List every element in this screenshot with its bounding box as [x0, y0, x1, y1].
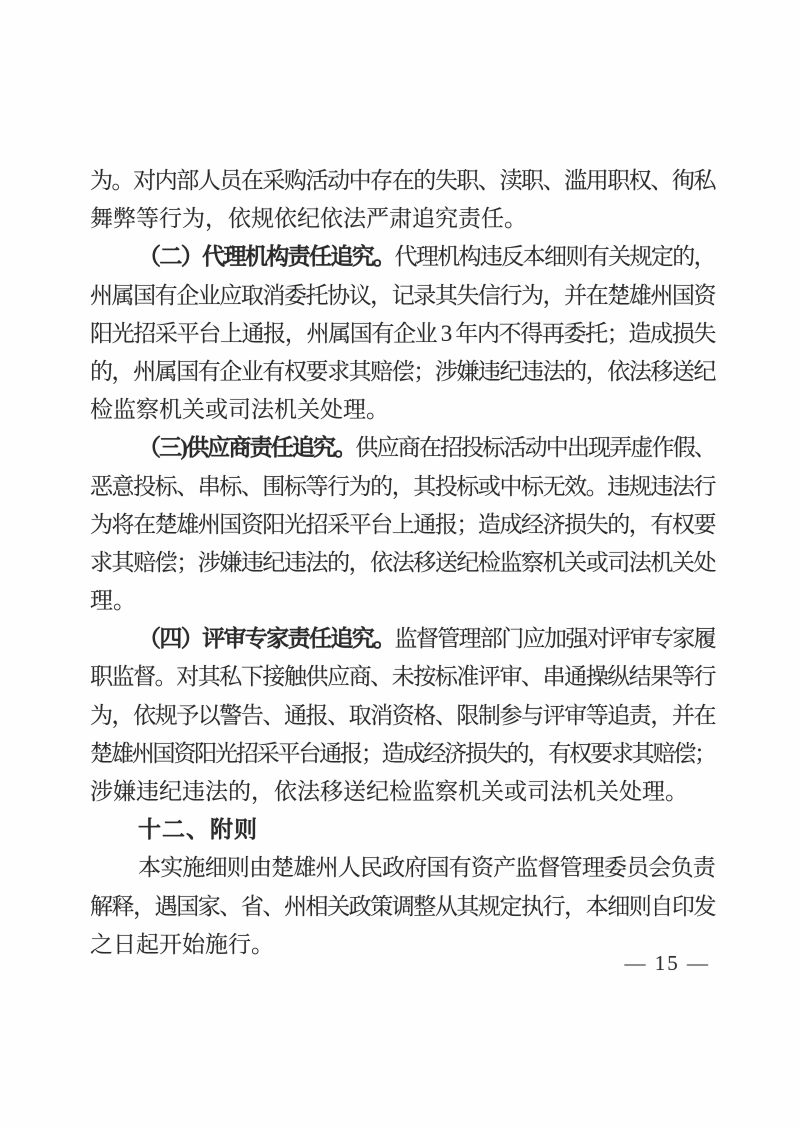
text-line: 之日起开始施行。 [90, 926, 715, 964]
text-line: 本实施细则由楚雄州人民政府国有资产监督管理委员会负责 [90, 849, 715, 887]
text-line: （四）评审专家责任追究。监督管理部门应加强对评审专家履 [90, 620, 715, 658]
text-line: 为，依规予以警告、通报、取消资格、限制参与评审等追责，并在 [90, 697, 715, 735]
text-line: 解释，遇国家、省、州相关政策调整从其规定执行，本细则自印发 [90, 888, 715, 926]
text-line: （二）代理机构责任追究。代理机构违反本细则有关规定的， [90, 238, 715, 276]
text-line: 为。对内部人员在采购活动中存在的失职、渎职、滥用职权、徇私 [90, 162, 715, 200]
text-line: 为将在楚雄州国资阳光招采平台上通报；造成经济损失的，有权要 [90, 506, 715, 544]
text-line: 舞弊等行为，依规依纪依法严肃追究责任。 [90, 200, 715, 238]
text-line: 楚雄州国资阳光招采平台通报；造成经济损失的，有权要求其赔偿； [90, 735, 715, 773]
text-line: 职监督。对其私下接触供应商、未按标准评审、串通操纵结果等行 [90, 658, 715, 696]
text-line: 阳光招采平台上通报，州属国有企业 3 年内不得再委托；造成损失 [90, 315, 715, 353]
text-line: 涉嫌违纪违法的，依法移送纪检监察机关或司法机关处理。 [90, 773, 715, 811]
text-line: 恶意投标、串标、围标等行为的，其投标或中标无效。违规违法行 [90, 468, 715, 506]
document-page: 为。对内部人员在采购活动中存在的失职、渎职、滥用职权、徇私 舞弊等行为，依规依纪… [0, 0, 800, 1129]
page-number: — 15 — [625, 951, 711, 976]
text-line: 州属国有企业应取消委托协议，记录其失信行为，并在楚雄州国资 [90, 277, 715, 315]
text-line: 求其赔偿；涉嫌违纪违法的，依法移送纪检监察机关或司法机关处 [90, 544, 715, 582]
section-heading: 十二、附则 [90, 811, 715, 849]
text-line: 理。 [90, 582, 715, 620]
text-line: 的，州属国有企业有权要求其赔偿；涉嫌违纪违法的，依法移送纪 [90, 353, 715, 391]
text-line: 检监察机关或司法机关处理。 [90, 391, 715, 429]
document-body: 为。对内部人员在采购活动中存在的失职、渎职、滥用职权、徇私 舞弊等行为，依规依纪… [90, 162, 715, 964]
text-line: （三)供应商责任追究。供应商在招投标活动中出现弄虚作假、 [90, 429, 715, 467]
